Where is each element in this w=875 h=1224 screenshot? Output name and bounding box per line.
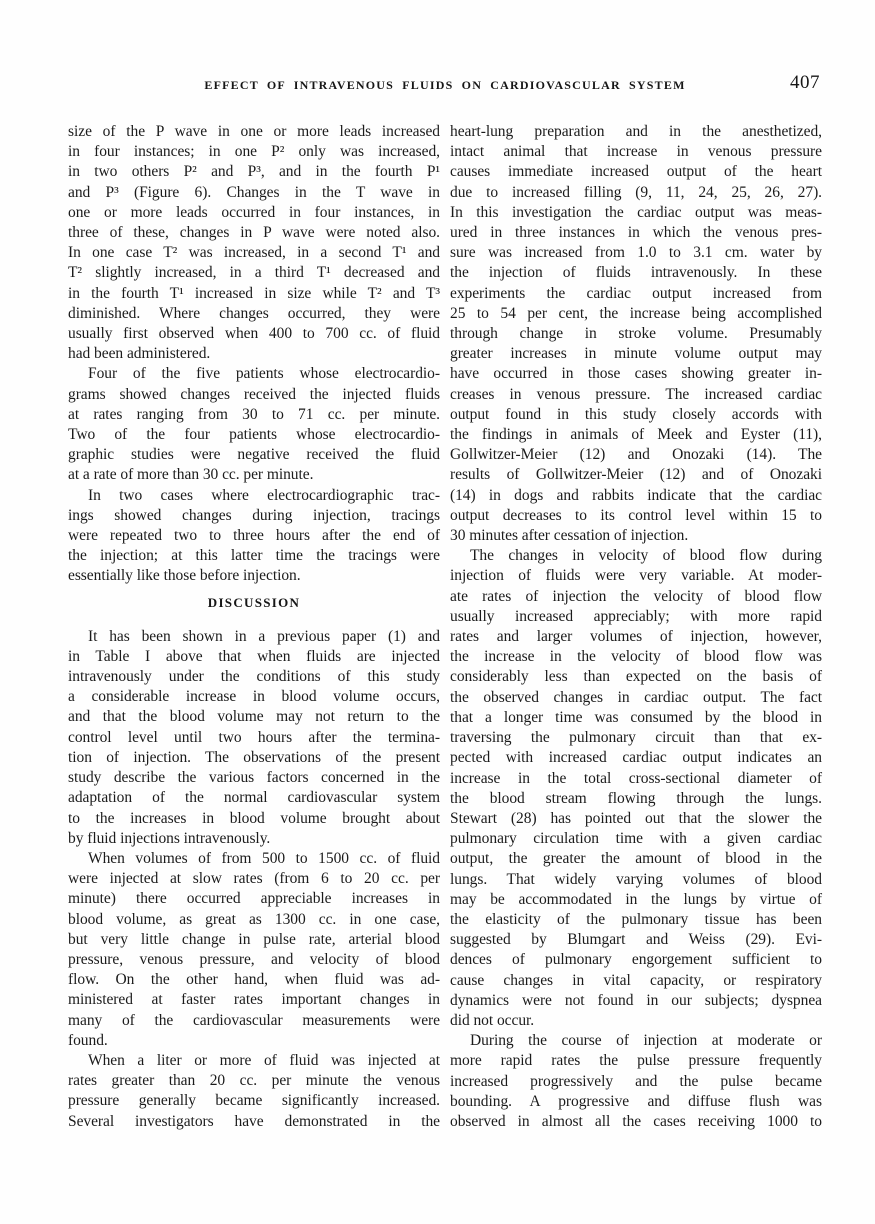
text-line: output decreases to its control level wi… bbox=[450, 506, 822, 526]
text-line: rates greater than 20 cc. per minute the… bbox=[68, 1071, 440, 1091]
text-line: ministered at faster rates important cha… bbox=[68, 990, 440, 1010]
text-line: the observed changes in cardiac output. … bbox=[450, 688, 822, 708]
text-line: control level until two hours after the … bbox=[68, 728, 440, 748]
text-line: were repeated two to three hours after t… bbox=[68, 526, 440, 546]
text-line: observed in almost all the cases receivi… bbox=[450, 1112, 822, 1132]
text-line: increased progressively and the pulse be… bbox=[450, 1072, 822, 1092]
text-line: lungs. That widely varying volumes of bl… bbox=[450, 870, 822, 890]
paragraph: In two cases where electrocardiographic … bbox=[68, 486, 440, 587]
text-line: flow. On the other hand, when fluid was … bbox=[68, 970, 440, 990]
page-content: EFFECT OF INTRAVENOUS FLUIDS ON CARDIOVA… bbox=[68, 78, 822, 1132]
text-line: It has been shown in a previous paper (1… bbox=[68, 627, 440, 647]
text-line: three of these, changes in P wave were n… bbox=[68, 223, 440, 243]
text-line: ured in three instances in which the ven… bbox=[450, 223, 822, 243]
paragraph: When volumes of from 500 to 1500 cc. of … bbox=[68, 849, 440, 1051]
text-line: bounding. A progressive and diffuse flus… bbox=[450, 1092, 822, 1112]
text-line: In this investigation the cardiac output… bbox=[450, 203, 822, 223]
text-line: many of the cardiovascular measurements … bbox=[68, 1011, 440, 1031]
text-line: the injection; at this latter time the t… bbox=[68, 546, 440, 566]
text-line: pressure generally became significantly … bbox=[68, 1091, 440, 1111]
two-column-body: size of the P wave in one or more leads … bbox=[68, 122, 822, 1132]
text-line: 25 to 54 per cent, the increase being ac… bbox=[450, 304, 822, 324]
text-line: 30 minutes after cessation of injection. bbox=[450, 526, 822, 546]
text-line: pulmonary circulation time with a given … bbox=[450, 829, 822, 849]
text-line: but very little change in pulse rate, ar… bbox=[68, 930, 440, 950]
text-line: may be accommodated in the lungs by virt… bbox=[450, 890, 822, 910]
text-line: greater increases in minute volume outpu… bbox=[450, 344, 822, 364]
paragraph: heart-lung preparation and in the anesth… bbox=[450, 122, 822, 546]
text-line: considerably less than expected on the b… bbox=[450, 667, 822, 687]
text-line: Four of the five patients whose electroc… bbox=[68, 364, 440, 384]
text-line: study describe the various factors conce… bbox=[68, 768, 440, 788]
left-column: size of the P wave in one or more leads … bbox=[68, 122, 440, 1132]
text-line: to the increases in blood volume brought… bbox=[68, 809, 440, 829]
paragraph: size of the P wave in one or more leads … bbox=[68, 122, 440, 364]
text-line: blood volume, as great as 1300 cc. in on… bbox=[68, 910, 440, 930]
text-line: Two of the four patients whose electroca… bbox=[68, 425, 440, 445]
text-line: in Table I above that when fluids are in… bbox=[68, 647, 440, 667]
page-header: EFFECT OF INTRAVENOUS FLUIDS ON CARDIOVA… bbox=[68, 78, 822, 94]
text-line: the increase in the velocity of blood fl… bbox=[450, 647, 822, 667]
text-line: During the course of injection at modera… bbox=[450, 1031, 822, 1051]
text-line: in the fourth T¹ increased in size while… bbox=[68, 284, 440, 304]
text-line: adaptation of the normal cardiovascular … bbox=[68, 788, 440, 808]
text-line: intact animal that increase in venous pr… bbox=[450, 142, 822, 162]
text-line: size of the P wave in one or more leads … bbox=[68, 122, 440, 142]
paragraph: It has been shown in a previous paper (1… bbox=[68, 627, 440, 849]
text-line: Gollwitzer-Meier (12) and Onozaki (14). … bbox=[450, 445, 822, 465]
paragraph: The changes in velocity of blood flow du… bbox=[450, 546, 822, 1031]
text-line: the elasticity of the pulmonary tissue h… bbox=[450, 910, 822, 930]
text-line: In two cases where electrocardiographic … bbox=[68, 486, 440, 506]
right-column: heart-lung preparation and in the anesth… bbox=[450, 122, 822, 1132]
text-line: more rapid rates the pulse pressure freq… bbox=[450, 1051, 822, 1071]
text-line: sure was increased from 1.0 to 3.1 cm. w… bbox=[450, 243, 822, 263]
text-line: did not occur. bbox=[450, 1011, 822, 1031]
text-line: The changes in velocity of blood flow du… bbox=[450, 546, 822, 566]
text-line: the injection of fluids intravenously. I… bbox=[450, 263, 822, 283]
text-line: diminished. Where changes occurred, they… bbox=[68, 304, 440, 324]
text-line: grams showed changes received the inject… bbox=[68, 385, 440, 405]
text-line: the findings in animals of Meek and Eyst… bbox=[450, 425, 822, 445]
text-line: pressure, venous pressure, and velocity … bbox=[68, 950, 440, 970]
text-line: that a longer time was consumed by the b… bbox=[450, 708, 822, 728]
text-line: usually increased appreciably; with more… bbox=[450, 607, 822, 627]
text-line: in four instances; in one P² only was in… bbox=[68, 142, 440, 162]
text-line: one or more leads occurred in four insta… bbox=[68, 203, 440, 223]
paragraph: When a liter or more of fluid was inject… bbox=[68, 1051, 440, 1132]
text-line: heart-lung preparation and in the anesth… bbox=[450, 122, 822, 142]
text-line: pected with increased cardiac output ind… bbox=[450, 748, 822, 768]
text-line: in two others P² and P³, and in the four… bbox=[68, 162, 440, 182]
text-line: Stewart (28) has pointed out that the sl… bbox=[450, 809, 822, 829]
text-line: graphic studies were negative received t… bbox=[68, 445, 440, 465]
text-line: increase in the total cross-sectional di… bbox=[450, 769, 822, 789]
text-line: In one case T² was increased, in a secon… bbox=[68, 243, 440, 263]
text-line: due to increased filling (9, 11, 24, 25,… bbox=[450, 183, 822, 203]
text-line: creases in venous pressure. The increase… bbox=[450, 385, 822, 405]
text-line: causes immediate increased output of the… bbox=[450, 162, 822, 182]
text-line: essentially like those before injection. bbox=[68, 566, 440, 586]
text-line: have occurred in those cases showing gre… bbox=[450, 364, 822, 384]
journal-page: EFFECT OF INTRAVENOUS FLUIDS ON CARDIOVA… bbox=[0, 0, 875, 1224]
text-line: results of Gollwitzer-Meier (12) and of … bbox=[450, 465, 822, 485]
text-line: cause changes in vital capacity, or resp… bbox=[450, 971, 822, 991]
text-line: and that the blood volume may not return… bbox=[68, 707, 440, 727]
text-line: ate rates of injection the velocity of b… bbox=[450, 587, 822, 607]
text-line: intravenously under the conditions of th… bbox=[68, 667, 440, 687]
text-line: were injected at slow rates (from 6 to 2… bbox=[68, 869, 440, 889]
text-line: tion of injection. The observations of t… bbox=[68, 748, 440, 768]
text-line: dynamics were not found in our subjects;… bbox=[450, 991, 822, 1011]
text-line: a considerable increase in blood volume … bbox=[68, 687, 440, 707]
text-line: output found in this study closely accor… bbox=[450, 405, 822, 425]
text-line: traversing the pulmonary circuit than th… bbox=[450, 728, 822, 748]
text-line: injection of fluids were very variable. … bbox=[450, 566, 822, 586]
text-line: When volumes of from 500 to 1500 cc. of … bbox=[68, 849, 440, 869]
text-line: When a liter or more of fluid was inject… bbox=[68, 1051, 440, 1071]
text-line: and P³ (Figure 6). Changes in the T wave… bbox=[68, 183, 440, 203]
page-number: 407 bbox=[790, 72, 820, 94]
text-line: T² slightly increased, in a third T¹ dec… bbox=[68, 263, 440, 283]
text-line: at a rate of more than 30 cc. per minute… bbox=[68, 465, 440, 485]
text-line: found. bbox=[68, 1031, 440, 1051]
paragraph: Four of the five patients whose electroc… bbox=[68, 364, 440, 485]
text-line: through change in stroke volume. Presuma… bbox=[450, 324, 822, 344]
text-line: had been administered. bbox=[68, 344, 440, 364]
text-line: ings showed changes during injection, tr… bbox=[68, 506, 440, 526]
text-line: suggested by Blumgart and Weiss (29). Ev… bbox=[450, 930, 822, 950]
text-line: minute) there occurred appreciable incre… bbox=[68, 889, 440, 909]
text-line: (14) in dogs and rabbits indicate that t… bbox=[450, 486, 822, 506]
text-line: usually first observed when 400 to 700 c… bbox=[68, 324, 440, 344]
paragraph: During the course of injection at modera… bbox=[450, 1031, 822, 1132]
running-title: EFFECT OF INTRAVENOUS FLUIDS ON CARDIOVA… bbox=[68, 78, 822, 93]
text-line: at rates ranging from 30 to 71 cc. per m… bbox=[68, 405, 440, 425]
section-heading: DISCUSSION bbox=[68, 593, 440, 613]
text-line: the blood stream flowing through the lun… bbox=[450, 789, 822, 809]
text-line: Several investigators have demonstrated … bbox=[68, 1112, 440, 1132]
text-line: by fluid injections intravenously. bbox=[68, 829, 440, 849]
text-line: output, the greater the amount of blood … bbox=[450, 849, 822, 869]
text-line: dences of pulmonary engorgement sufficie… bbox=[450, 950, 822, 970]
text-line: rates and larger volumes of injection, h… bbox=[450, 627, 822, 647]
text-line: experiments the cardiac output increased… bbox=[450, 284, 822, 304]
